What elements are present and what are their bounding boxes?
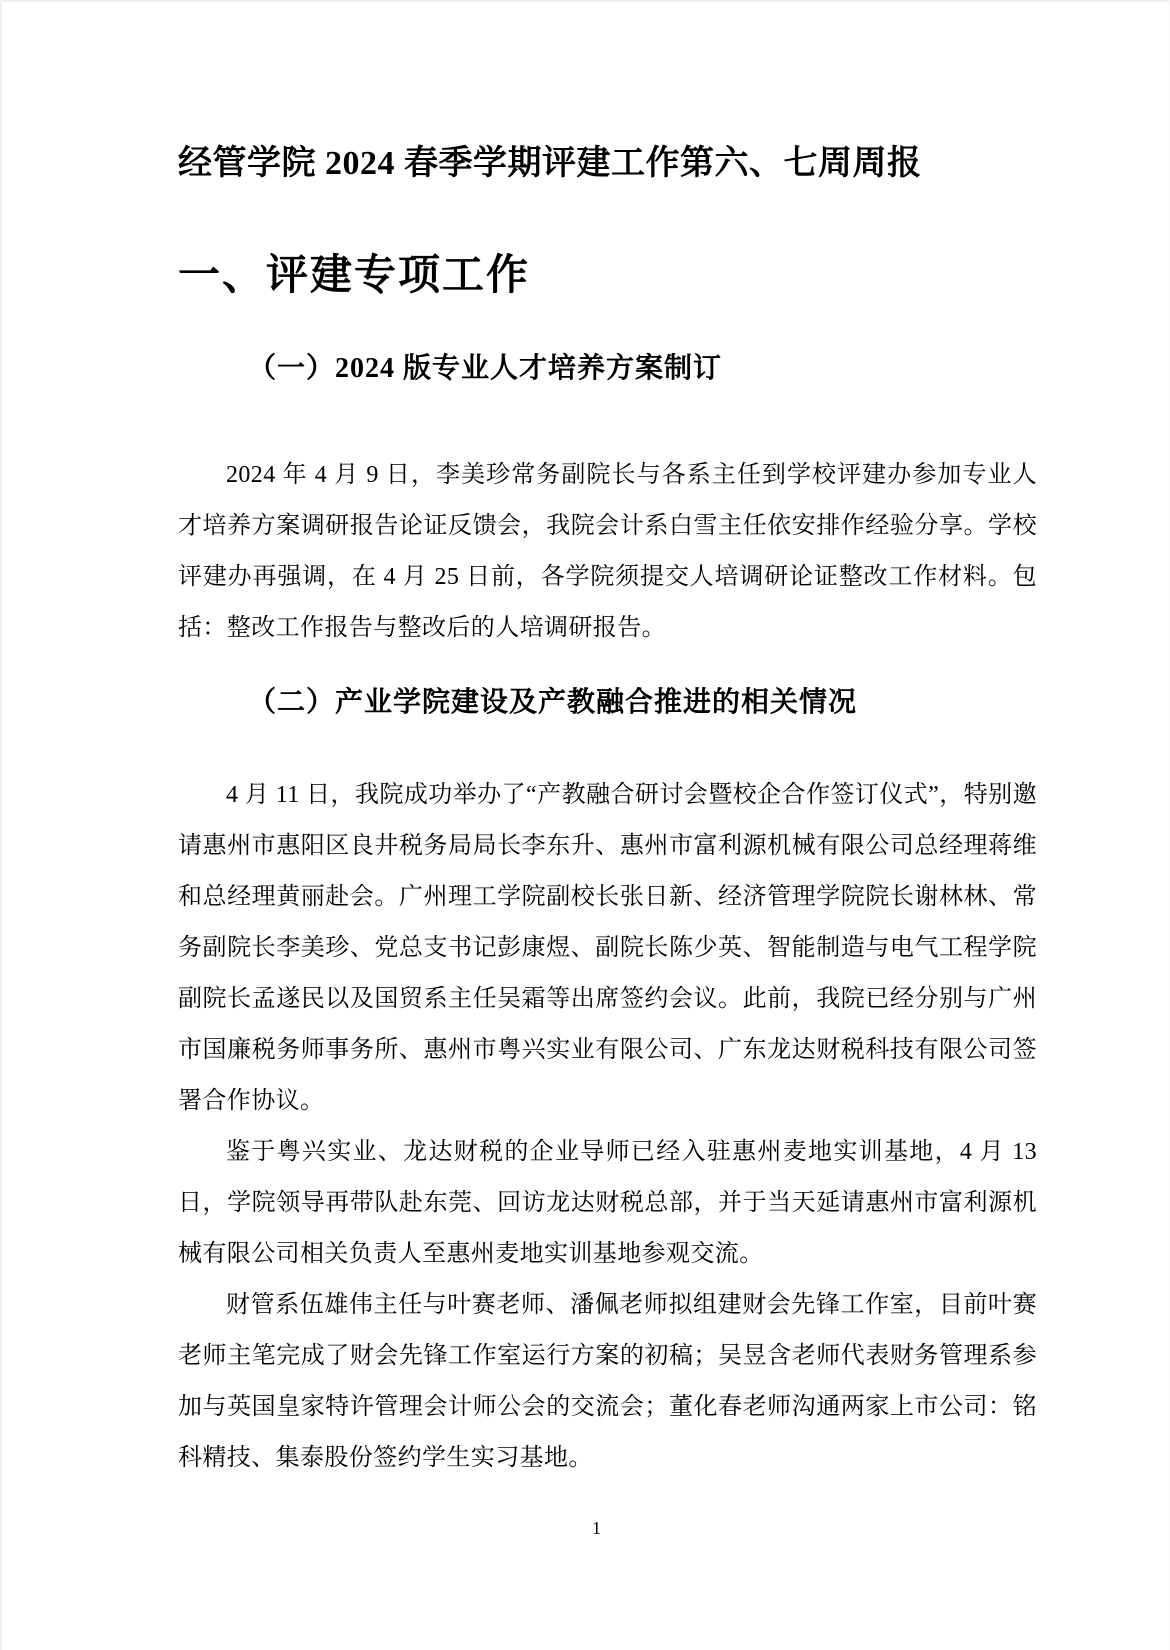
paragraph: 鉴于粤兴实业、龙达财税的企业导师已经入驻惠州麦地实训基地，4 月 13 日，学院… [178, 1127, 1037, 1280]
subsection-heading-1: （一）2024 版专业人才培养方案制订 [178, 348, 1037, 390]
subsection-1-body: 2024 年 4 月 9 日，李美珍常务副院长与各系主任到学校评建办参加专业人才… [178, 450, 1037, 654]
page-number: 1 [167, 1516, 1026, 1540]
paragraph: 财管系伍雄伟主任与叶赛老师、潘佩老师拟组建财会先锋工作室，目前叶赛老师主笔完成了… [178, 1280, 1037, 1484]
section-heading-1: 一、评建专项工作 [178, 246, 1037, 304]
subsection-2-body: 4 月 11 日，我院成功举办了“产教融合研讨会暨校企合作签订仪式”，特别邀请惠… [178, 770, 1037, 1484]
document-title: 经管学院 2024 春季学期评建工作第六、七周周报 [178, 2, 1037, 188]
subsection-heading-2: （二）产业学院建设及产教融合推进的相关情况 [178, 682, 1037, 724]
paragraph: 2024 年 4 月 9 日，李美珍常务副院长与各系主任到学校评建办参加专业人才… [178, 450, 1037, 654]
document-page: 经管学院 2024 春季学期评建工作第六、七周周报 一、评建专项工作 （一）20… [0, 0, 1170, 1650]
paragraph: 4 月 11 日，我院成功举办了“产教融合研讨会暨校企合作签订仪式”，特别邀请惠… [178, 770, 1037, 1127]
